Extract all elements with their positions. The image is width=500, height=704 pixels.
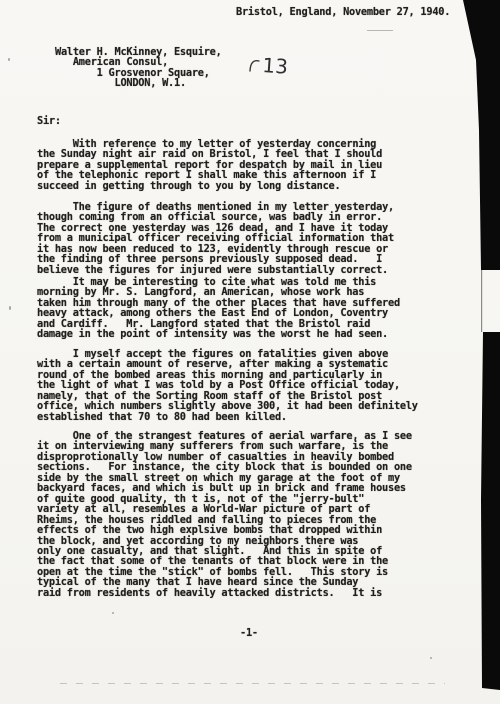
page-number: -1- xyxy=(240,628,258,638)
annotation-number: 13 xyxy=(262,53,289,78)
scan-speck xyxy=(8,58,10,61)
handwritten-annotation: 13 xyxy=(246,50,292,82)
scan-speck xyxy=(9,306,11,310)
paragraph-2: The figure of deaths mentioned in my let… xyxy=(37,202,469,275)
paragraph-5: One of the strangest features of aerial … xyxy=(37,431,469,598)
paragraph-1: With reference to my letter of yesterday… xyxy=(37,139,469,191)
paragraph-4: I myself accept the figures on fatalitie… xyxy=(37,349,469,422)
scan-mark-bottom-line xyxy=(60,683,445,684)
salutation: Sir: xyxy=(37,116,61,126)
recipient-address: Walter H. McKinney, Esquire, American Co… xyxy=(55,47,222,89)
scan-speck xyxy=(112,612,114,614)
paragraph-3: It may be interesting to cite what was t… xyxy=(37,277,469,340)
dateline: Bristol, England, November 27, 1940. xyxy=(236,7,450,17)
scan-speck xyxy=(430,657,432,659)
scan-mark-underline xyxy=(367,30,393,31)
letter-page: Bristol, England, November 27, 1940. Wal… xyxy=(0,0,500,704)
pen-hook-icon: 13 xyxy=(246,50,292,78)
